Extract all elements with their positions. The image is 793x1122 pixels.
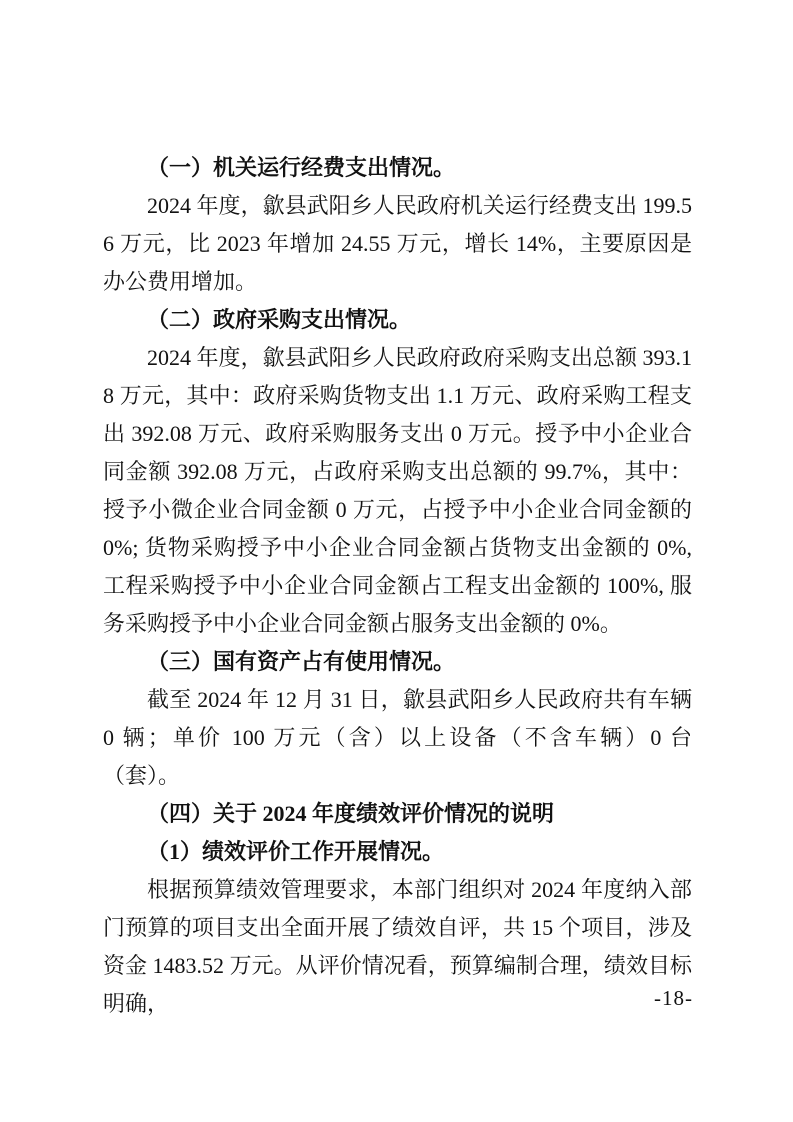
document-page: （一）机关运行经费支出情况。 2024 年度，歙县武阳乡人民政府机关运行经费支出… <box>0 0 793 1122</box>
document-body: （一）机关运行经费支出情况。 2024 年度，歙县武阳乡人民政府机关运行经费支出… <box>103 149 692 1023</box>
section-heading-3: （三）国有资产占有使用情况。 <box>103 643 692 681</box>
page-number: -18- <box>654 983 693 1013</box>
body-paragraph-procurement: 2024 年度，歙县武阳乡人民政府政府采购支出总额 393.18 万元，其中：政… <box>103 339 692 643</box>
body-paragraph-performance-evaluation: 根据预算绩效管理要求，本部门组织对 2024 年度纳入部门预算的项目支出全面开展… <box>103 871 692 1023</box>
section-heading-2: （二）政府采购支出情况。 <box>103 301 692 339</box>
subsection-heading-performance: （1）绩效评价工作开展情况。 <box>103 833 692 871</box>
body-paragraph-state-assets: 截至 2024 年 12 月 31 日，歙县武阳乡人民政府共有车辆 0 辆；单价… <box>103 681 692 795</box>
body-paragraph-operating-expense: 2024 年度，歙县武阳乡人民政府机关运行经费支出 199.56 万元，比 20… <box>103 187 692 301</box>
section-heading-1: （一）机关运行经费支出情况。 <box>103 149 692 187</box>
section-heading-4: （四）关于 2024 年度绩效评价情况的说明 <box>103 795 692 833</box>
